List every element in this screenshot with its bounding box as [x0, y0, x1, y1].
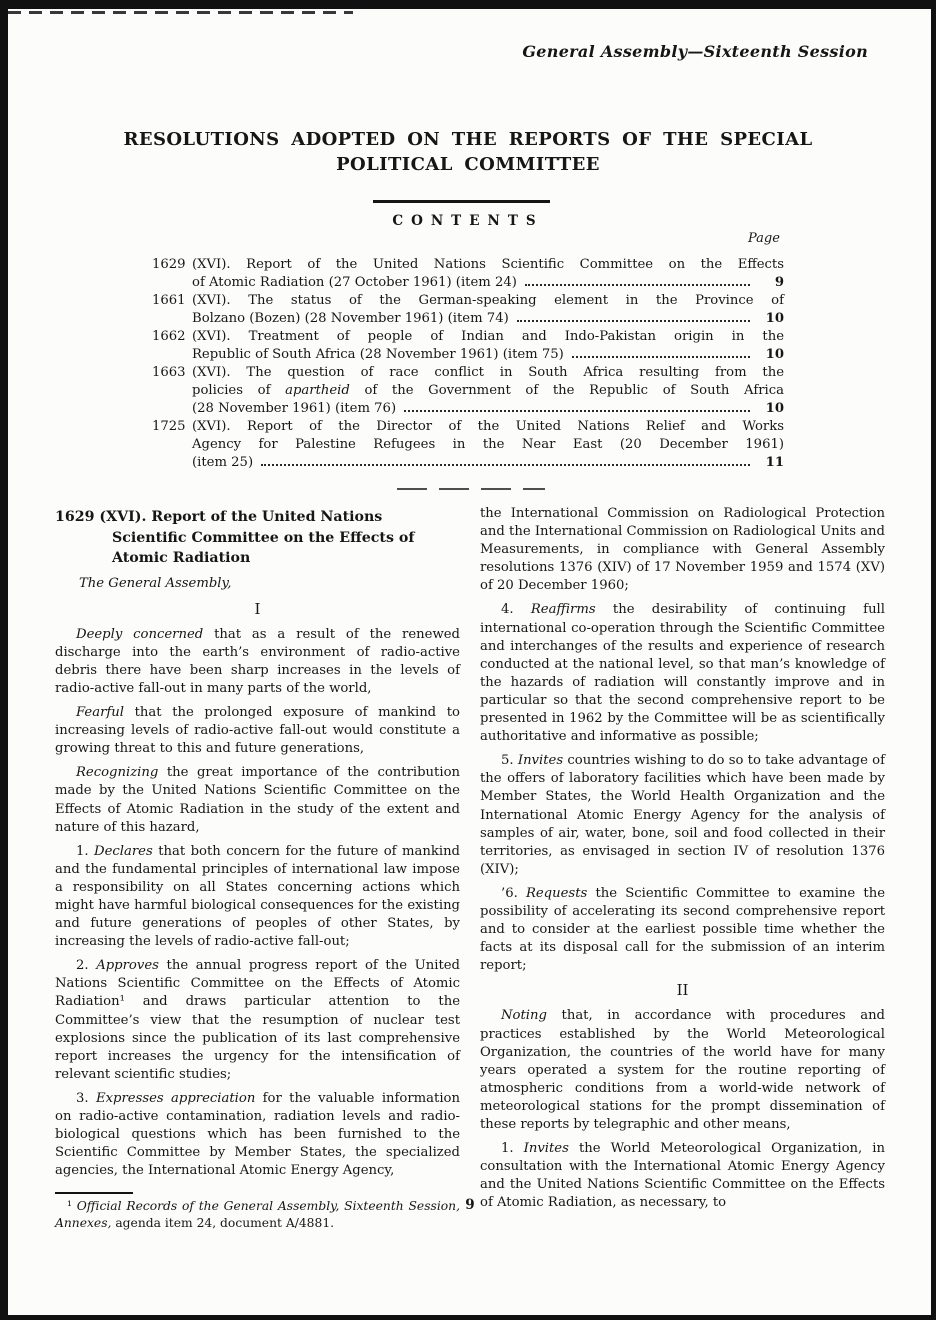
- contents-list: 1629 (XVI). Report of the United Nations…: [152, 256, 784, 472]
- resolution-heading: 1629 (XVI). Report of the United Nations…: [55, 507, 460, 569]
- paragraph: 1. Declares that both concern for the fu…: [55, 843, 460, 952]
- footnote: ¹ Official Records of the General Assemb…: [55, 1192, 460, 1231]
- entry-last-line: of Atomic Radiation (27 October 1961) (i…: [192, 274, 784, 292]
- resolution-heading-text: Report of the United Nations Scientific …: [112, 509, 414, 566]
- page-content: General Assembly—Sixteenth Session RESOL…: [0, 0, 936, 1320]
- dot-leader: [261, 464, 750, 466]
- entry-title-line: (XVI). The status of the German-speaking…: [192, 292, 784, 310]
- entry-title-line: (28 November 1961) (item 76): [192, 400, 396, 418]
- left-column: 1629 (XVI). Report of the United Nations…: [55, 507, 460, 1231]
- entry-number: 1662: [152, 328, 192, 364]
- entry-page-number: 9: [758, 274, 784, 292]
- paragraph: Deeply concerned that as a result of the…: [55, 626, 460, 698]
- document-title-line1: RESOLUTIONS ADOPTED ON THE REPORTS OF TH…: [60, 127, 876, 152]
- paragraph: Noting that, in accordance with procedur…: [480, 1007, 885, 1134]
- entry-number: 1725: [152, 418, 192, 472]
- dot-leader: [572, 356, 750, 358]
- entry-number: 1629: [152, 256, 192, 292]
- entry-page-number: 10: [758, 346, 784, 364]
- contents-entry: 1661 (XVI). The status of the German-spe…: [152, 292, 784, 328]
- paragraph: 4. Reaffirms the desirability of continu…: [480, 601, 885, 746]
- paragraph: Recognizing the great importance of the …: [55, 764, 460, 836]
- contents-page-column-label: Page: [748, 231, 780, 246]
- paragraph: 3. Expresses appreciation for the valuab…: [55, 1090, 460, 1180]
- dot-leader: [525, 284, 750, 286]
- entry-last-line: Bolzano (Bozen) (28 November 1961) (item…: [192, 310, 784, 328]
- document-title: RESOLUTIONS ADOPTED ON THE REPORTS OF TH…: [60, 127, 876, 177]
- right-column: the International Commission on Radiolog…: [480, 505, 885, 1218]
- dot-leader: [517, 320, 750, 322]
- paragraph: 2. Approves the annual progress report o…: [55, 957, 460, 1084]
- entry-title-line: Republic of South Africa (28 November 19…: [192, 346, 564, 364]
- entry-page-number: 10: [758, 400, 784, 418]
- entry-body: (XVI). The status of the German-speaking…: [192, 292, 784, 328]
- entry-body: (XVI). Treatment of people of Indian and…: [192, 328, 784, 364]
- entry-title-line: (item 25): [192, 454, 253, 472]
- entry-title-line: (XVI). Report of the Director of the Uni…: [192, 418, 784, 436]
- contents-entry: 1662 (XVI). Treatment of people of India…: [152, 328, 784, 364]
- entry-title-line: (XVI). Report of the United Nations Scie…: [192, 256, 784, 274]
- page-number: 9: [440, 1197, 500, 1213]
- header-edition-title: General Assembly—Sixteenth Session: [522, 42, 868, 61]
- paragraph: 5. Invites countries wishing to do so to…: [480, 752, 885, 879]
- dot-leader: [404, 410, 750, 412]
- contents-heading: CONTENTS: [0, 213, 936, 229]
- footnote-rule: [55, 1192, 133, 1194]
- paragraph: 1. Invites the World Meteorological Orga…: [480, 1140, 885, 1212]
- footnote-text: ¹ Official Records of the General Assemb…: [55, 1198, 460, 1231]
- resolution-number: 1629 (XVI).: [55, 509, 146, 525]
- document-title-line2: POLITICAL COMMITTEE: [60, 152, 876, 177]
- contents-entry: 1629 (XVI). Report of the United Nations…: [152, 256, 784, 292]
- entry-title-line: policies of apartheid of the Government …: [192, 382, 784, 400]
- section-heading-i: I: [55, 600, 460, 618]
- paragraph: Fearful that the prolonged exposure of m…: [55, 704, 460, 758]
- entry-page-number: 10: [758, 310, 784, 328]
- contents-entry: 1663 (XVI). The question of race conflic…: [152, 364, 784, 418]
- salutation: The General Assembly,: [55, 575, 460, 593]
- paragraph: ’6. Requests the Scientific Committee to…: [480, 885, 885, 975]
- entry-page-number: 11: [758, 454, 784, 472]
- entry-body: (XVI). The question of race conflict in …: [192, 364, 784, 418]
- entry-last-line: Republic of South Africa (28 November 19…: [192, 346, 784, 364]
- contents-entry: 1725 (XVI). Report of the Director of th…: [152, 418, 784, 472]
- entry-last-line: (item 25) 11: [192, 454, 784, 472]
- entry-last-line: (28 November 1961) (item 76) 10: [192, 400, 784, 418]
- entry-number: 1661: [152, 292, 192, 328]
- entry-title-line: (XVI). Treatment of people of Indian and…: [192, 328, 784, 346]
- entry-title-line: Agency for Palestine Refugees in the Nea…: [192, 436, 784, 454]
- scan-artifact-line: [8, 11, 353, 14]
- entry-title-line: Bolzano (Bozen) (28 November 1961) (item…: [192, 310, 509, 328]
- contents-body-divider: [397, 488, 545, 490]
- title-divider-rule: [373, 200, 550, 203]
- entry-title-line: of Atomic Radiation (27 October 1961) (i…: [192, 274, 517, 292]
- entry-body: (XVI). Report of the United Nations Scie…: [192, 256, 784, 292]
- entry-number: 1663: [152, 364, 192, 418]
- section-heading-ii: II: [480, 981, 885, 999]
- entry-title-line: (XVI). The question of race conflict in …: [192, 364, 784, 382]
- paragraph: the International Commission on Radiolog…: [480, 505, 885, 595]
- entry-body: (XVI). Report of the Director of the Uni…: [192, 418, 784, 472]
